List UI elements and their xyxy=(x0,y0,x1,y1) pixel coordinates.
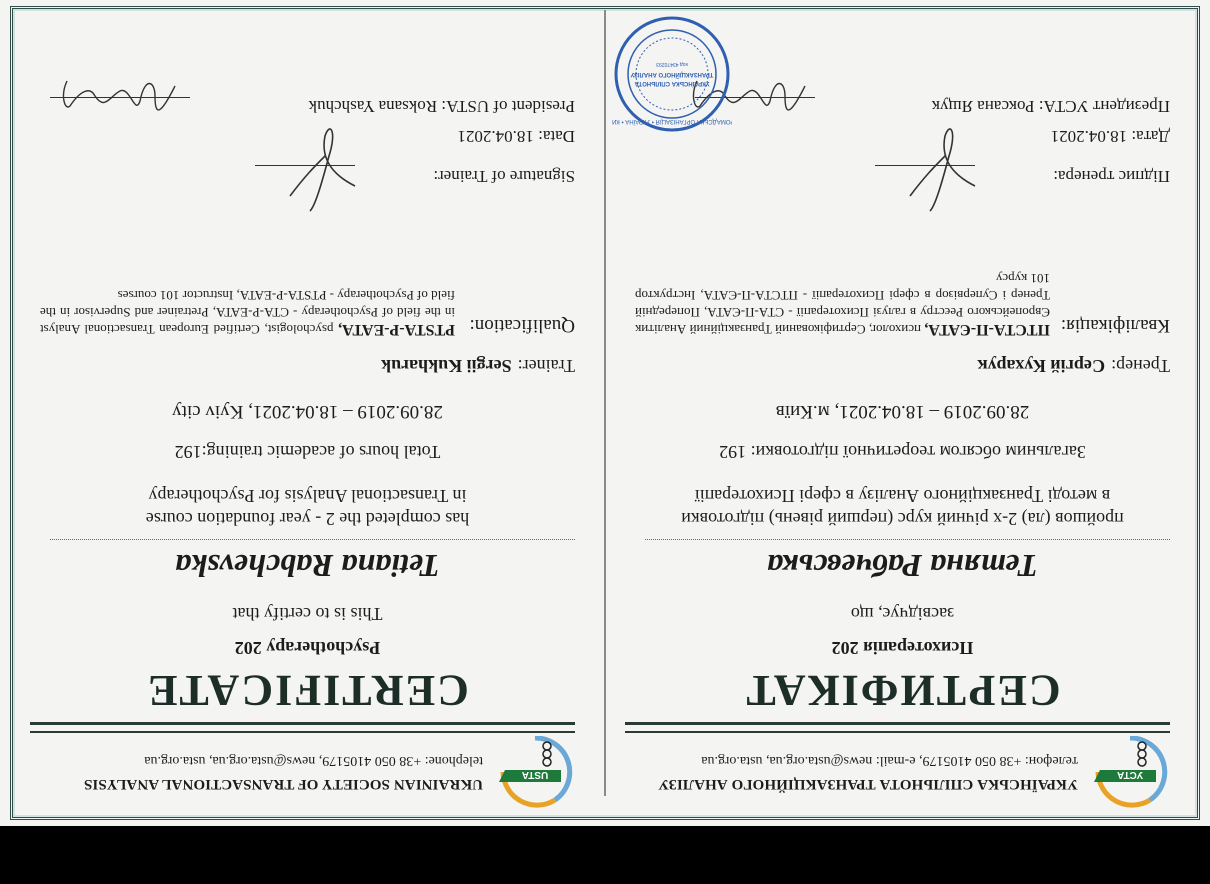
training-period: 28.09.2019 – 18.04.2021, Kyiv city xyxy=(10,400,605,422)
course-description: has completed the 2 - year foundation co… xyxy=(50,484,565,530)
ukrainian-certificate: УСТА УКРАЇНСЬКА СПІЛЬНОТА ТРАНЗАКЦІЙНОГО… xyxy=(605,0,1200,826)
svg-text:код 43470293: код 43470293 xyxy=(656,61,688,67)
qualification-label: Кваліфікація: xyxy=(1061,314,1170,336)
qualification-text: PTSTA-P-EATA, psychologist, Certified Eu… xyxy=(40,287,455,338)
svg-text:УКРАЇНСЬКА СПІЛЬНОТА: УКРАЇНСЬКА СПІЛЬНОТА xyxy=(634,80,710,87)
org-name: UKRAINIAN SOCIETY OF TRANSACTIONAL ANALY… xyxy=(84,775,483,792)
trainer-signature-icon xyxy=(265,116,365,216)
header-rule xyxy=(625,722,1170,733)
svg-text:ГРОМАДСЬКА ОРГАНІЗАЦІЯ • УКРАЇ: ГРОМАДСЬКА ОРГАНІЗАЦІЯ • УКРАЇНА • КИЇВ xyxy=(612,118,732,125)
certify-text: This is to certify that xyxy=(10,603,605,624)
trainer-signature-label: Signature of Trainer: xyxy=(433,166,575,186)
trainer-signature-label: Підпис тренера: xyxy=(1053,166,1170,186)
signature-date: Data: 18.04.2021 xyxy=(457,126,575,146)
recipient-name: Tetiana Rabchevska xyxy=(10,547,605,584)
training-period: 28.09.2019 – 18.04.2021, м.Київ xyxy=(605,400,1200,422)
paper: УСТА УКРАЇНСЬКА СПІЛЬНОТА ТРАНЗАКЦІЙНОГО… xyxy=(0,0,1210,826)
scan-border xyxy=(0,820,1210,884)
certificate-sheet: УСТА УКРАЇНСЬКА СПІЛЬНОТА ТРАНЗАКЦІЙНОГО… xyxy=(0,0,1210,884)
recipient-name: Тетяна Рабчевська xyxy=(605,547,1200,584)
certificate-title: СЕРТИФІКАТ xyxy=(605,665,1200,716)
trainer: Тренер:Сергій Кухарук xyxy=(977,355,1170,376)
signature-date: Дата: 18.04.2021 xyxy=(1051,126,1170,146)
svg-text:ТРАНЗАКЦІЙНОГО АНАЛІЗУ: ТРАНЗАКЦІЙНОГО АНАЛІЗУ xyxy=(630,71,713,79)
qualification-text: ПТСТА-П-ЄАТА, психолог, Сертифікований Т… xyxy=(635,270,1050,338)
usta-logo-icon: USTA xyxy=(493,736,575,808)
header-rule xyxy=(30,722,575,733)
org-header: УСТА УКРАЇНСЬКА СПІЛЬНОТА ТРАНЗАКЦІЙНОГО… xyxy=(625,734,1170,814)
org-contact: телефон: +38 050 4105179, e-mail: news@u… xyxy=(701,752,1078,768)
qualification-label: Qualification: xyxy=(469,314,575,336)
english-certificate: USTA UKRAINIAN SOCIETY OF TRANSACTIONAL … xyxy=(10,0,605,826)
name-underline xyxy=(645,539,1170,540)
org-contact: telephone: +38 050 4105179, news@usta.or… xyxy=(144,752,483,768)
org-name: УКРАЇНСЬКА СПІЛЬНОТА ТРАНЗАКЦІЙНОГО АНАЛ… xyxy=(658,775,1078,792)
course-subtitle: Psychotherapy 202 xyxy=(10,637,605,658)
certificate-title: CERTIFICATE xyxy=(10,665,605,716)
training-hours: Total hours of academic training:192 xyxy=(10,441,605,462)
trainer: Trainer:Sergii Kukharuk xyxy=(381,355,575,376)
course-description: пройшов (ла) 2-х річний курс (перший рів… xyxy=(645,484,1160,530)
certify-text: засвідчує, що xyxy=(605,603,1200,624)
president-signature-icon xyxy=(55,66,185,126)
trainer-signature-icon xyxy=(885,116,985,216)
president: Президент УСТА: Роксана Ящук xyxy=(932,96,1170,116)
svg-text:USTA: USTA xyxy=(522,769,548,780)
trainer-name: Sergii Kukharuk xyxy=(381,356,512,376)
training-hours: Загальним обсягом теоретичної підготовки… xyxy=(605,441,1200,462)
name-underline xyxy=(50,539,575,540)
usta-logo-icon: УСТА xyxy=(1088,736,1170,808)
course-subtitle: Психотерапія 202 xyxy=(605,637,1200,658)
official-stamp-icon: УКРАЇНСЬКА СПІЛЬНОТА ТРАНЗАКЦІЙНОГО АНАЛ… xyxy=(612,14,732,134)
org-header: USTA UKRAINIAN SOCIETY OF TRANSACTIONAL … xyxy=(30,734,575,814)
trainer-name: Сергій Кухарук xyxy=(977,356,1105,376)
president: President of USTA: Roksana Yashchuk xyxy=(309,96,575,116)
svg-text:УСТА: УСТА xyxy=(1117,769,1143,780)
